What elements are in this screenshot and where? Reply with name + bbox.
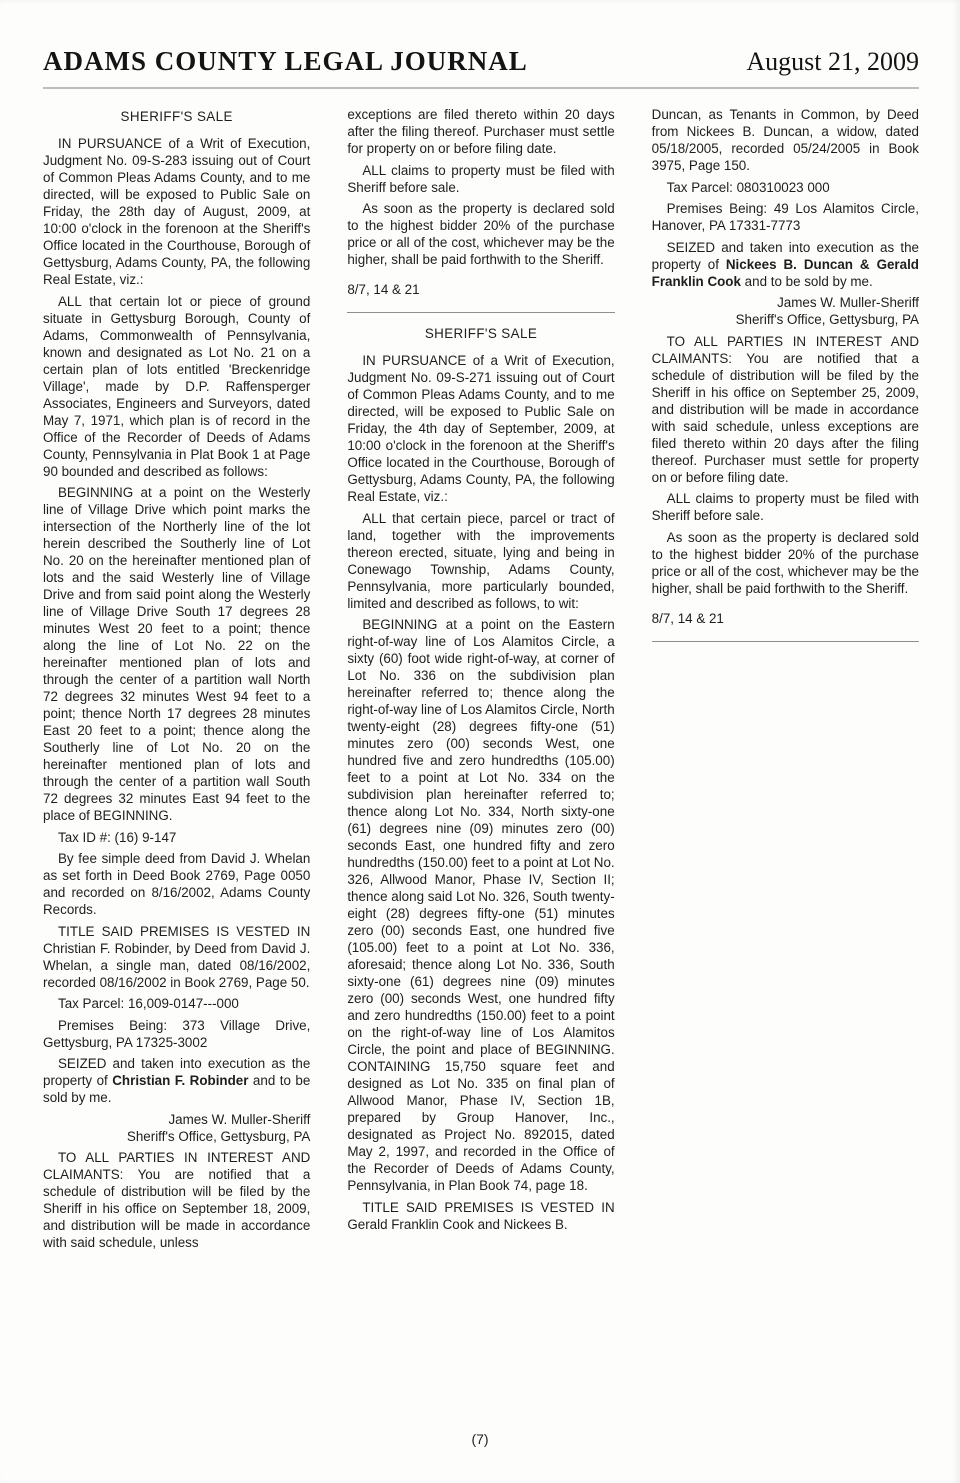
issue-date: August 21, 2009	[746, 47, 919, 77]
paragraph: Tax Parcel: 16,009-0147---000	[43, 995, 310, 1012]
paragraph: TO ALL PARTIES IN INTEREST AND CLAIMANTS…	[652, 333, 919, 486]
notice-divider	[652, 641, 919, 642]
paragraph: Premises Being: 373 Village Drive, Getty…	[43, 1017, 310, 1051]
signature-line: Sheriff's Office, Gettysburg, PA	[43, 1128, 310, 1145]
column-1: SHERIFF'S SALEIN PURSUANCE of a Writ of …	[43, 106, 310, 1436]
section-heading: SHERIFF'S SALE	[43, 108, 310, 125]
masthead: ADAMS COUNTY LEGAL JOURNAL August 21, 20…	[0, 0, 960, 77]
paragraph: ALL claims to property must be filed wit…	[347, 162, 614, 196]
signature-line: James W. Muller-Sheriff	[652, 294, 919, 311]
paragraph: TO ALL PARTIES IN INTEREST AND CLAIMANTS…	[43, 1149, 310, 1251]
column-3: Duncan, as Tenants in Common, by Deed fr…	[652, 106, 919, 1436]
paragraph: BEGINNING at a point on the Westerly lin…	[43, 484, 310, 824]
page-number: (7)	[0, 1431, 960, 1447]
paragraph: Duncan, as Tenants in Common, by Deed fr…	[652, 106, 919, 174]
signature-line: James W. Muller-Sheriff	[43, 1111, 310, 1128]
paragraph: ALL claims to property must be filed wit…	[652, 490, 919, 524]
journal-title: ADAMS COUNTY LEGAL JOURNAL	[43, 46, 528, 77]
paragraph: exceptions are filed thereto within 20 d…	[347, 106, 614, 157]
text-columns: SHERIFF'S SALEIN PURSUANCE of a Writ of …	[0, 89, 960, 1436]
publication-dates: 8/7, 14 & 21	[347, 281, 614, 298]
signature-line: Sheriff's Office, Gettysburg, PA	[652, 311, 919, 328]
paragraph: As soon as the property is declared sold…	[347, 200, 614, 268]
paragraph: By fee simple deed from David J. Whelan …	[43, 850, 310, 918]
notice-divider	[347, 312, 614, 313]
publication-dates: 8/7, 14 & 21	[652, 610, 919, 627]
paragraph: Premises Being: 49 Los Alamitos Circle, …	[652, 200, 919, 234]
paragraph: SEIZED and taken into execution as the p…	[43, 1055, 310, 1106]
journal-page: ADAMS COUNTY LEGAL JOURNAL August 21, 20…	[0, 0, 960, 1483]
paragraph: SEIZED and taken into execution as the p…	[652, 239, 919, 290]
paragraph: Tax Parcel: 080310023 000	[652, 179, 919, 196]
paragraph: TITLE SAID PREMISES IS VESTED IN Gerald …	[347, 1199, 614, 1233]
paragraph: IN PURSUANCE of a Writ of Execution, Jud…	[43, 135, 310, 288]
section-heading: SHERIFF'S SALE	[347, 325, 614, 342]
paragraph: Tax ID #: (16) 9-147	[43, 829, 310, 846]
paragraph: IN PURSUANCE of a Writ of Execution, Jud…	[347, 352, 614, 505]
paragraph: ALL that certain lot or piece of ground …	[43, 293, 310, 480]
column-2: exceptions are filed thereto within 20 d…	[347, 106, 614, 1436]
paragraph: TITLE SAID PREMISES IS VESTED IN Christi…	[43, 923, 310, 991]
paragraph: BEGINNING at a point on the Eastern righ…	[347, 616, 614, 1194]
paragraph: As soon as the property is declared sold…	[652, 529, 919, 597]
paragraph: ALL that certain piece, parcel or tract …	[347, 510, 614, 612]
